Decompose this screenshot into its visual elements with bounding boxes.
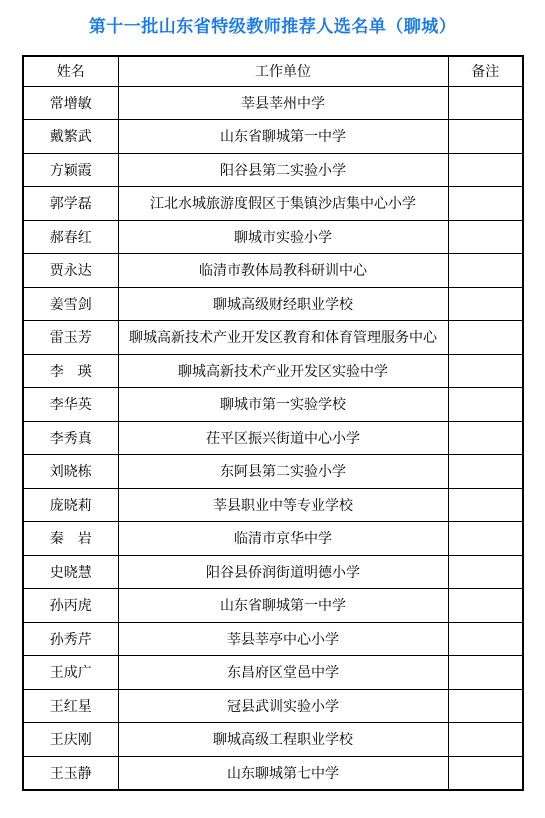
- table-body: 常增敏 莘县莘州中学 戴繁武 山东省聊城第一中学 方颖霞 阳谷县第二实验小学 郭…: [23, 86, 523, 790]
- unit-cell: 莘县职业中等专业学校: [118, 488, 448, 522]
- table-row: 王玉静 山东聊城第七中学: [23, 756, 523, 790]
- table-row: 李 瑛 聊城高新技术产业开发区实验中学: [23, 354, 523, 388]
- unit-cell: 江北水城旅游度假区于集镇沙店集中心小学: [118, 187, 448, 221]
- header-name: 姓名: [23, 56, 118, 86]
- table-row: 秦 岩 临清市京华中学: [23, 522, 523, 556]
- table-row: 孙秀芹 莘县莘亭中心小学: [23, 622, 523, 656]
- note-cell: [448, 656, 523, 690]
- name-cell: 王红星: [23, 689, 118, 723]
- unit-cell: 东昌府区堂邑中学: [118, 656, 448, 690]
- table-row: 郝春红 聊城市实验小学: [23, 220, 523, 254]
- header-note: 备注: [448, 56, 523, 86]
- unit-cell: 聊城高级财经职业学校: [118, 287, 448, 321]
- unit-cell: 山东聊城第七中学: [118, 756, 448, 790]
- name-cell: 雷玉芳: [23, 321, 118, 355]
- note-cell: [448, 756, 523, 790]
- note-cell: [448, 321, 523, 355]
- name-cell: 李 瑛: [23, 354, 118, 388]
- unit-cell: 阳谷县第二实验小学: [118, 153, 448, 187]
- note-cell: [448, 388, 523, 422]
- table-row: 常增敏 莘县莘州中学: [23, 86, 523, 120]
- note-cell: [448, 622, 523, 656]
- note-cell: [448, 86, 523, 120]
- name-cell: 方颖霞: [23, 153, 118, 187]
- unit-cell: 山东省聊城第一中学: [118, 589, 448, 623]
- note-cell: [448, 287, 523, 321]
- name-cell: 刘晓栋: [23, 455, 118, 489]
- unit-cell: 聊城市第一实验学校: [118, 388, 448, 422]
- name-cell: 常增敏: [23, 86, 118, 120]
- name-cell: 姜雪剑: [23, 287, 118, 321]
- note-cell: [448, 153, 523, 187]
- table-row: 王庆刚 聊城高级工程职业学校: [23, 723, 523, 757]
- unit-cell: 莘县莘州中学: [118, 86, 448, 120]
- unit-cell: 聊城高新技术产业开发区实验中学: [118, 354, 448, 388]
- name-cell: 郝春红: [23, 220, 118, 254]
- note-cell: [448, 689, 523, 723]
- name-cell: 史晓慧: [23, 555, 118, 589]
- header-work-unit: 工作单位: [118, 56, 448, 86]
- table-row: 戴繁武 山东省聊城第一中学: [23, 120, 523, 154]
- table-row: 刘晓栋 东阿县第二实验小学: [23, 455, 523, 489]
- unit-cell: 阳谷县侨润街道明德小学: [118, 555, 448, 589]
- note-cell: [448, 421, 523, 455]
- note-cell: [448, 254, 523, 288]
- page-title: 第十一批山东省特级教师推荐人选名单（聊城）: [0, 12, 545, 37]
- unit-cell: 聊城高级工程职业学校: [118, 723, 448, 757]
- note-cell: [448, 488, 523, 522]
- unit-cell: 山东省聊城第一中学: [118, 120, 448, 154]
- table-row: 史晓慧 阳谷县侨润街道明德小学: [23, 555, 523, 589]
- teacher-roster-table: 姓名 工作单位 备注 常增敏 莘县莘州中学 戴繁武 山东省聊城第一中学 方颖霞 …: [22, 55, 524, 791]
- note-cell: [448, 220, 523, 254]
- name-cell: 郭学磊: [23, 187, 118, 221]
- table-row: 方颖霞 阳谷县第二实验小学: [23, 153, 523, 187]
- table-row: 雷玉芳 聊城高新技术产业开发区教育和体育管理服务中心: [23, 321, 523, 355]
- name-cell: 孙丙虎: [23, 589, 118, 623]
- name-cell: 王成广: [23, 656, 118, 690]
- name-cell: 李秀真: [23, 421, 118, 455]
- name-cell: 戴繁武: [23, 120, 118, 154]
- unit-cell: 茌平区振兴街道中心小学: [118, 421, 448, 455]
- unit-cell: 莘县莘亭中心小学: [118, 622, 448, 656]
- note-cell: [448, 723, 523, 757]
- name-cell: 李华英: [23, 388, 118, 422]
- name-cell: 王玉静: [23, 756, 118, 790]
- note-cell: [448, 455, 523, 489]
- unit-cell: 临清市教体局教科研训中心: [118, 254, 448, 288]
- name-cell: 贾永达: [23, 254, 118, 288]
- table-row: 贾永达 临清市教体局教科研训中心: [23, 254, 523, 288]
- note-cell: [448, 589, 523, 623]
- unit-cell: 东阿县第二实验小学: [118, 455, 448, 489]
- table-row: 王成广 东昌府区堂邑中学: [23, 656, 523, 690]
- name-cell: 王庆刚: [23, 723, 118, 757]
- table-row: 李华英 聊城市第一实验学校: [23, 388, 523, 422]
- table-row: 姜雪剑 聊城高级财经职业学校: [23, 287, 523, 321]
- note-cell: [448, 555, 523, 589]
- document-page: 第十一批山东省特级教师推荐人选名单（聊城） 姓名 工作单位 备注 常增敏 莘县莘…: [0, 0, 545, 818]
- unit-cell: 临清市京华中学: [118, 522, 448, 556]
- name-cell: 秦 岩: [23, 522, 118, 556]
- name-cell: 孙秀芹: [23, 622, 118, 656]
- unit-cell: 冠县武训实验小学: [118, 689, 448, 723]
- header-row: 姓名 工作单位 备注: [23, 56, 523, 86]
- table-row: 孙丙虎 山东省聊城第一中学: [23, 589, 523, 623]
- table-row: 李秀真 茌平区振兴街道中心小学: [23, 421, 523, 455]
- table-row: 郭学磊 江北水城旅游度假区于集镇沙店集中心小学: [23, 187, 523, 221]
- note-cell: [448, 120, 523, 154]
- note-cell: [448, 354, 523, 388]
- name-cell: 庞晓莉: [23, 488, 118, 522]
- note-cell: [448, 187, 523, 221]
- table-header: 姓名 工作单位 备注: [23, 56, 523, 86]
- table-row: 庞晓莉 莘县职业中等专业学校: [23, 488, 523, 522]
- note-cell: [448, 522, 523, 556]
- unit-cell: 聊城高新技术产业开发区教育和体育管理服务中心: [118, 321, 448, 355]
- table-row: 王红星 冠县武训实验小学: [23, 689, 523, 723]
- unit-cell: 聊城市实验小学: [118, 220, 448, 254]
